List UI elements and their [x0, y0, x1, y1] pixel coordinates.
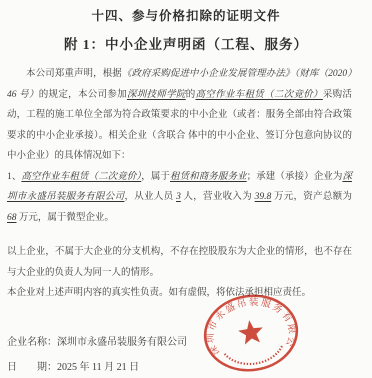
text-segment: 本公司郑重声明，根据	[26, 69, 122, 79]
document-body: 本公司郑重声明，根据《政府采购促进中小企业发展管理办法》（财库（2020）46 …	[7, 64, 352, 304]
text-segment: 的规定，本公司参加	[39, 90, 127, 100]
text-segment: 人，营业收入为	[181, 192, 255, 202]
truthfulness-statement: 本企业对上述声明内容的真实性负责。如有虚假，将依法承担相应责任。	[7, 283, 352, 304]
filled-in-field: 68	[7, 213, 17, 223]
seal-star	[237, 318, 265, 345]
attachment-title: 附 1：中小企业声明函（工程、服务）	[0, 33, 372, 53]
filled-in-field: 高空作业车租赁（二次竞价）	[21, 172, 141, 182]
company-name-line: 企业名称：深圳市永盛吊装服务有限公司	[7, 330, 372, 355]
date-label: 日 期：	[7, 362, 57, 373]
date-line: 日 期：2025 年 11 月 21 日	[7, 355, 372, 378]
text-segment: 以上企业，不属于大企业的分支机构，不存在控股股东为大企业的情形，也不存在与大企业…	[7, 247, 352, 278]
company-name-value: 深圳市永盛吊装服务有限公司	[57, 337, 187, 348]
text-segment: ；承建（承接）企业为	[247, 172, 343, 182]
filled-in-field: 39.8	[255, 192, 272, 202]
text-segment: 万元，属于微型企业。	[17, 213, 114, 223]
text-segment: 采购活动，工程的施工单位全部为符合政策要求的中小企业（或者：服务全部由符合政策要…	[7, 90, 352, 162]
text-segment: 万元，资产总额为	[271, 192, 352, 202]
enterprise-item-1: 1、高空作业车租赁（二次竞价），属于租赁和商务服务业；承建（承接）企业为深圳市永…	[7, 167, 352, 229]
section-title: 十四、参与价格扣除的证明文件	[0, 6, 372, 24]
filled-in-field: 租赁和商务服务业	[170, 172, 247, 182]
text-segment: ，属于	[141, 172, 170, 182]
date-value: 2025 年 11 月 21 日	[57, 362, 139, 373]
text-segment: ，从业人员	[124, 192, 176, 202]
no-affiliation-statement: 以上企业，不属于大企业的分支机构，不存在控股股东为大企业的情形，也不存在与大企业…	[7, 242, 352, 283]
document-page: 十四、参与价格扣除的证明文件 附 1：中小企业声明函（工程、服务） 本公司郑重声…	[0, 0, 372, 378]
company-name-label: 企业名称：	[7, 337, 57, 348]
text-segment: 1、	[7, 172, 21, 182]
filled-in-field: 高空作业车租赁（二次竞价）	[196, 90, 323, 100]
filled-in-field: 深圳技师学院	[127, 90, 186, 100]
signature-block: 企业名称：深圳市永盛吊装服务有限公司 日 期：2025 年 11 月 21 日	[7, 330, 372, 378]
company-seal-stamp: 深圳市永盛吊装服务有限公司	[195, 284, 308, 378]
text-segment: 的	[186, 90, 196, 100]
declaration-intro: 本公司郑重声明，根据《政府采购促进中小企业发展管理办法》（财库（2020）46 …	[7, 64, 352, 167]
